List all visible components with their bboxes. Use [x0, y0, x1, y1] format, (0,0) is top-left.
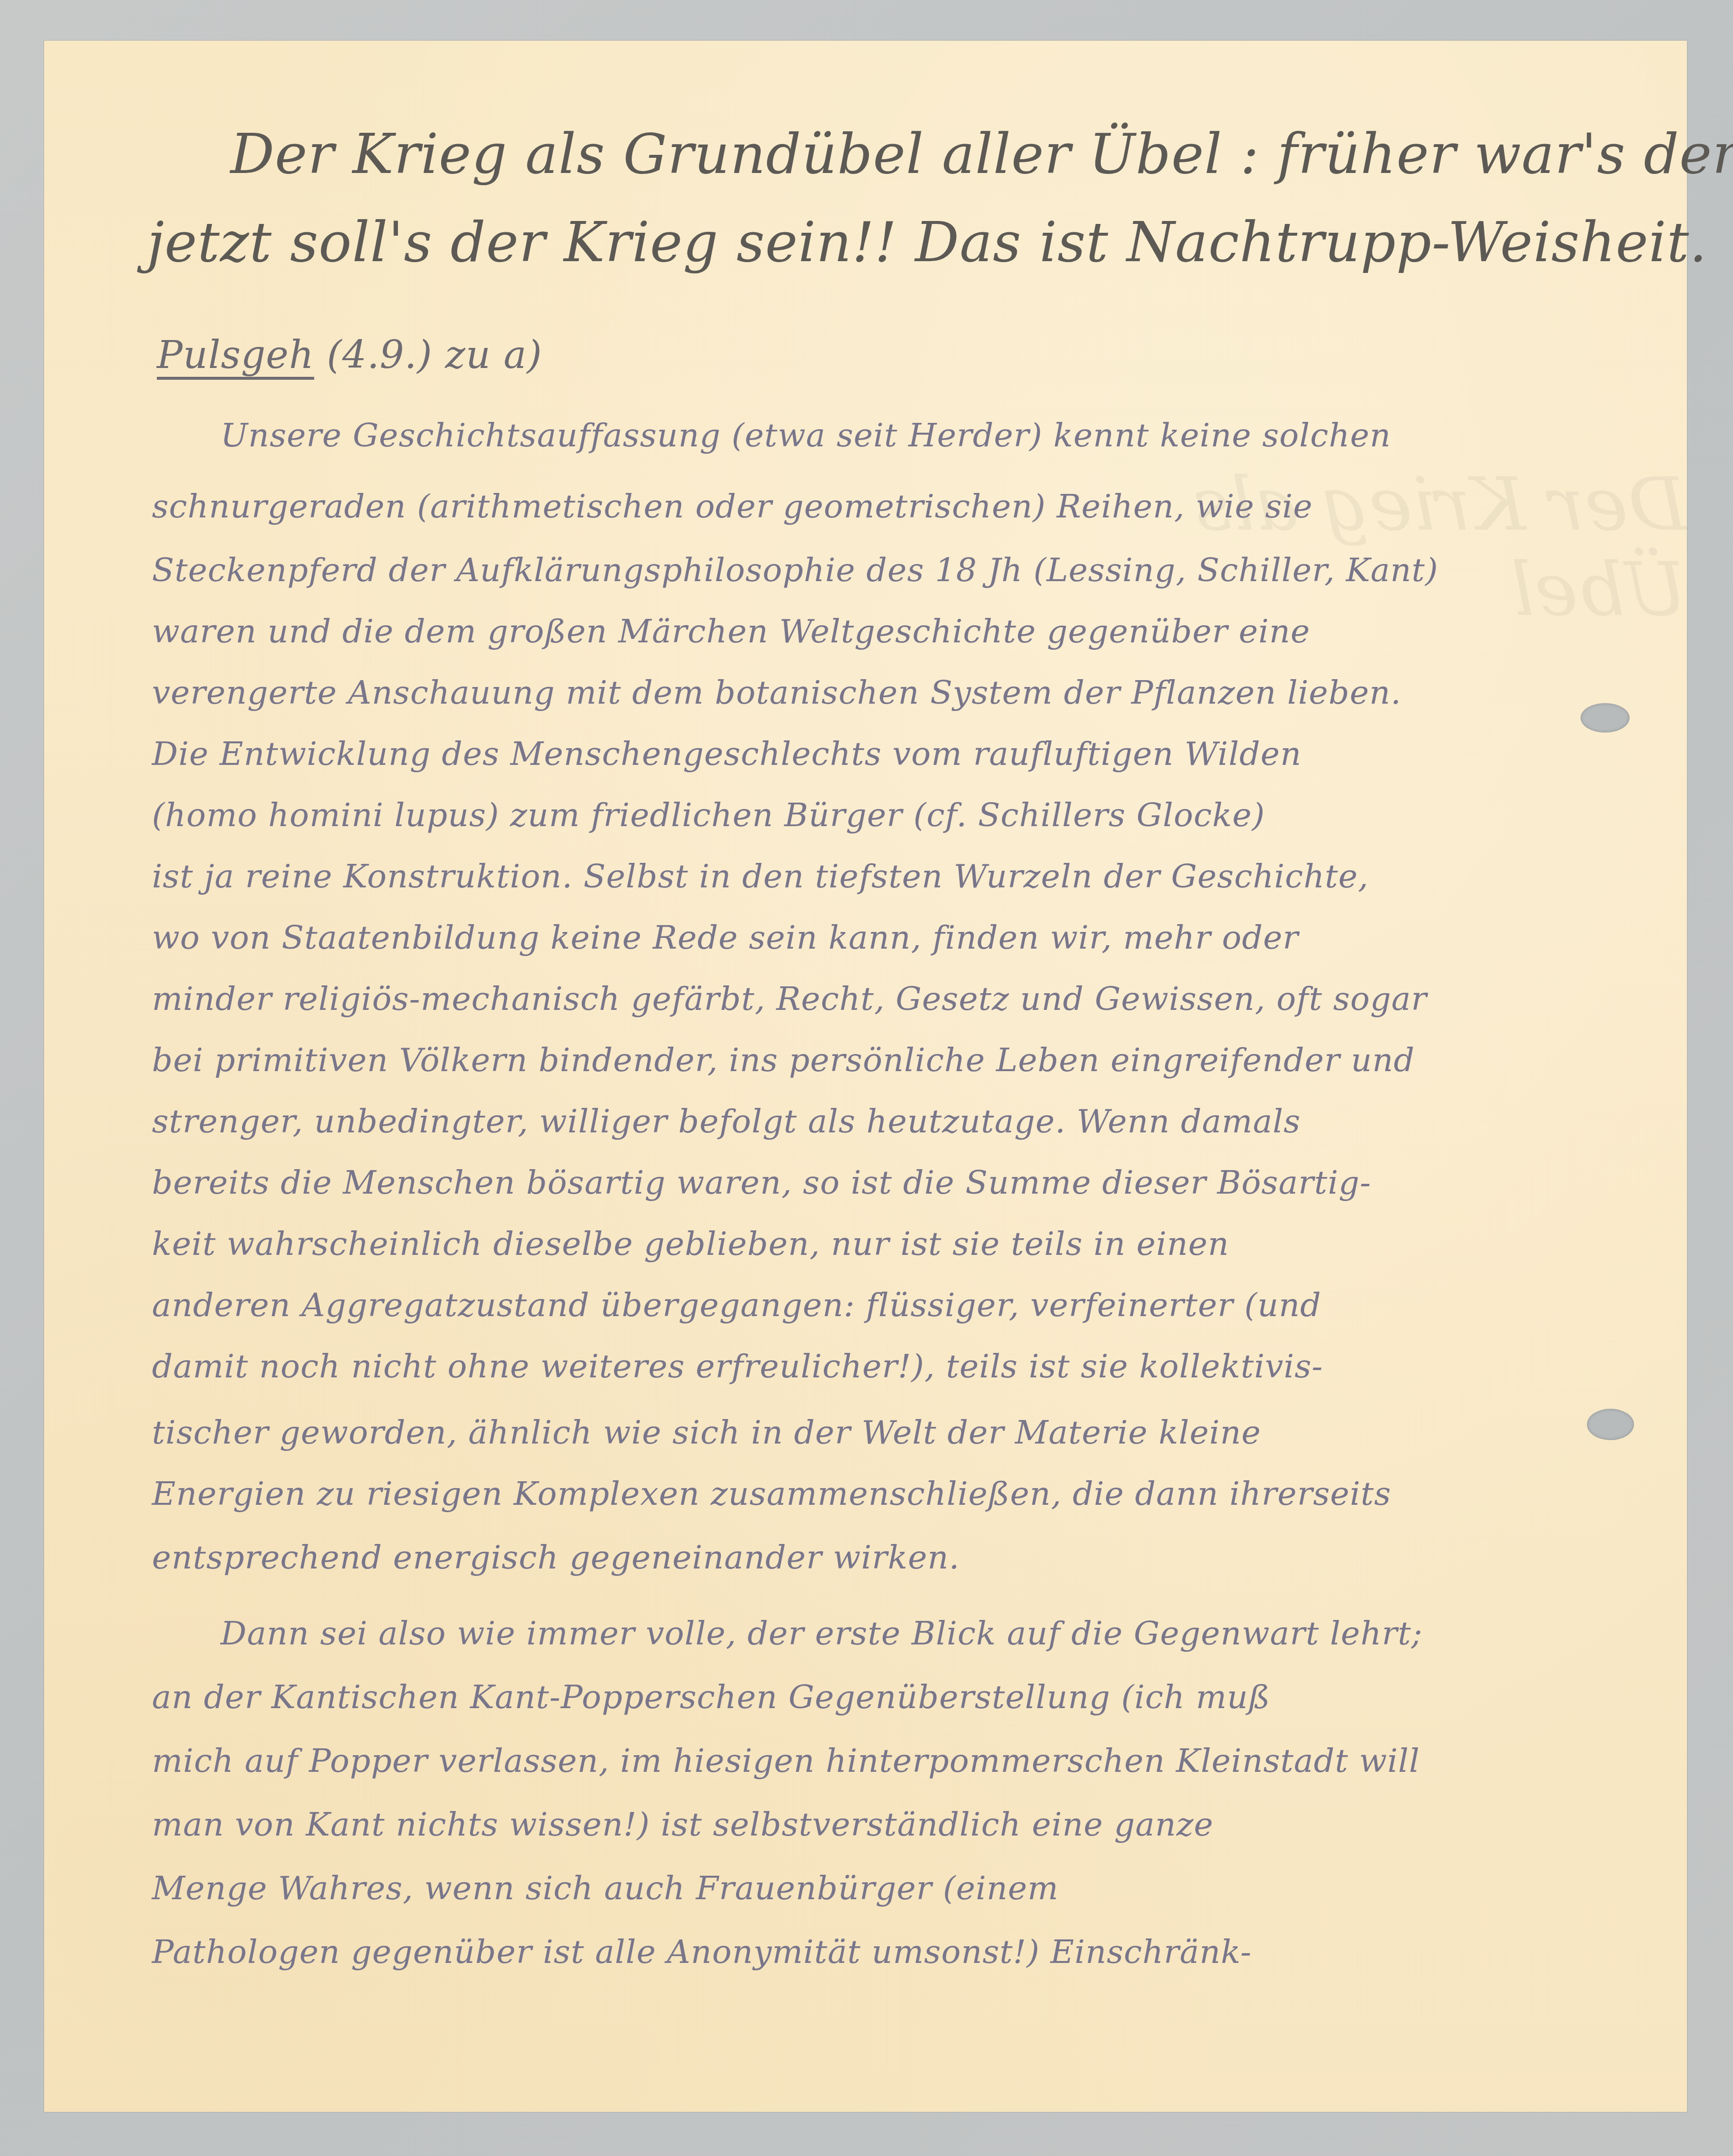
paragraph-1-line-6: Die Entwicklung des Menschengeschlechts …: [152, 735, 1302, 773]
paragraph-1-line-16: damit noch nicht ohne weiteres erfreulic…: [152, 1347, 1323, 1385]
paragraph-1-line-11: bei primitiven Völkern bindender, ins pe…: [152, 1041, 1415, 1079]
paragraph-1-line-4: waren und die dem großen Märchen Weltges…: [152, 612, 1310, 650]
heading-line-1: Der Krieg als Grundübel aller Übel : frü…: [230, 122, 1733, 186]
paragraph-1-line-2: schnurgeraden (arithmetischen oder geome…: [152, 488, 1313, 525]
section-date-ref: (4.9.) zu a): [327, 333, 543, 377]
paragraph-1-line-5: verengerte Anschauung mit dem botanische…: [152, 674, 1401, 711]
paragraph-2-line-4: man von Kant nichts wissen!) ist selbstv…: [152, 1806, 1213, 1843]
paragraph-1-line-18: Energien zu riesigen Komplexen zusammens…: [152, 1475, 1391, 1513]
paragraph-1-line-10: minder religiös-mechanisch gefärbt, Rech…: [152, 980, 1427, 1018]
paragraph-2-line-6: Pathologen gegenüber ist alle Anonymität…: [152, 1933, 1252, 1971]
section-label: Pulsgeh (4.9.) zu a): [157, 333, 542, 377]
paragraph-1-line-19: entsprechend energisch gegeneinander wir…: [152, 1539, 960, 1576]
paragraph-1-line-12: strenger, unbedingter, williger befolgt …: [152, 1102, 1301, 1140]
punch-hole-top: [1581, 703, 1630, 733]
p1-l10-text: minder religiös-mechanisch gefärbt, Rech…: [152, 980, 1427, 1018]
paragraph-1-line-3: Steckenpferd der Aufklärungsphilosophie …: [152, 551, 1438, 589]
paragraph-1-line-1: Unsere Geschichtsauffassung (etwa seit H…: [221, 416, 1391, 454]
paragraph-2-line-2: an der Kantischen Kant-Popperschen Gegen…: [152, 1678, 1270, 1716]
paragraph-2-line-1: Dann sei also wie immer volle, der erste…: [221, 1615, 1423, 1652]
paragraph-1-line-15: anderen Aggregatzustand übergegangen: fl…: [152, 1286, 1321, 1324]
punch-hole-bottom: [1587, 1409, 1634, 1440]
paragraph-1-line-9: wo von Staatenbildung keine Rede sein ka…: [152, 919, 1299, 956]
paragraph-1-line-8: ist ja reine Konstruktion. Selbst in den…: [152, 857, 1369, 895]
paragraph-2-line-5: Menge Wahres, wenn sich auch Frauenbürge…: [152, 1869, 1059, 1907]
heading-line-2: jetzt soll's der Krieg sein!! Das ist Na…: [147, 211, 1707, 274]
paragraph-1-line-17: tischer geworden, ähnlich wie sich in de…: [152, 1414, 1261, 1451]
paragraph-2-line-3: mich auf Popper verlassen, im hiesigen h…: [152, 1742, 1420, 1780]
section-title-word: Pulsgeh: [157, 333, 314, 377]
paragraph-1-line-13: bereits die Menschen bösartig waren, so …: [152, 1164, 1371, 1201]
paragraph-1-line-14: keit wahrscheinlich dieselbe geblieben, …: [152, 1225, 1229, 1263]
paragraph-1-line-7: (homo homini lupus) zum friedlichen Bürg…: [152, 796, 1265, 834]
